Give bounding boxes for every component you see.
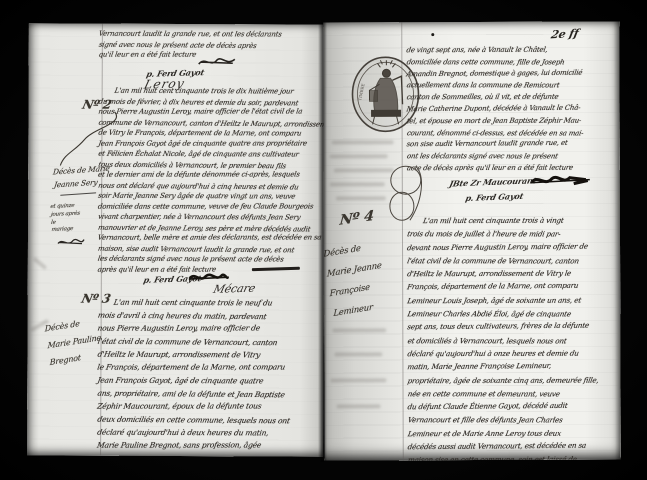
handwritten-line: le François, département de la Marne, on…	[96, 360, 324, 373]
handwritten-line: propriétaire, âgée de soixante cinq ans,…	[407, 373, 621, 387]
act3-signature-adjoint: p. Ferd Gayot	[465, 191, 525, 203]
handwritten-line: domiciliée dans cette commune, veuve de …	[97, 201, 325, 212]
bleedthrough-mark	[330, 154, 388, 158]
handwritten-line: ont les déclarants signé avec nous le pr…	[406, 151, 620, 163]
bleedthrough-mark	[330, 378, 386, 382]
handwritten-line: vivant charpentier, née à Vernancourt de…	[97, 212, 325, 223]
handwritten-line: de Vitry le François, département de la …	[97, 128, 324, 139]
handwritten-line: tel, et épouse en mort de Jean Baptiste …	[406, 115, 620, 128]
handwritten-line: l'état civil de la commune de Vernancour…	[406, 254, 620, 267]
bleedthrough-mark	[332, 328, 386, 332]
handwritten-line: Jean François Gayot, âgé de cinquante qu…	[96, 374, 324, 388]
bleedthrough-mark	[336, 196, 386, 200]
bleedthrough-mark	[334, 352, 382, 356]
handwritten-line: Zéphir Maucourant, époux de la défunte t…	[96, 399, 324, 412]
bleedthrough-mark	[332, 140, 394, 144]
right-page: 2e ff TIMBRE	[323, 21, 621, 460]
page-gutter-shadow	[318, 20, 327, 462]
act4-body: L'an mil huit cent cinquante trois à vin…	[406, 213, 619, 460]
folio-annotation: 2e ff	[550, 27, 580, 41]
handwritten-line: du défunt Claude Étienne Gayot, décédé a…	[407, 399, 621, 414]
crossed-out-scribble	[530, 174, 592, 188]
left-page: Vernancourt laudit la grande rue, et ont…	[27, 23, 325, 456]
handwritten-line: et le dernier ami de la défunte dénommée…	[97, 169, 325, 180]
act3-body: L'an mil huit cent cinquante trois le ne…	[96, 296, 323, 453]
act4-number: Nº 4	[339, 208, 374, 229]
act2-body: L'an mil huit cent cinquante trois le di…	[97, 86, 324, 276]
handwritten-line: Jean François Gayot âgé de cinquante qua…	[97, 138, 325, 149]
handwritten-line: décédés aussi audit Vernancourt, est déc…	[407, 438, 621, 453]
handwritten-line: devant nous Pierre Augustin Leroy, maire…	[406, 239, 620, 254]
handwritten-line: François, département de la Marne, ont c…	[406, 279, 620, 294]
act4-margin-title: Décès deMarie JeanneFrançoiseLemineur	[323, 233, 410, 324]
handwritten-line: Amandin Bregnot, domestique à gages, lui…	[405, 67, 619, 81]
handwritten-line: nous Pierre Augustin Leroy, maire offici…	[97, 321, 325, 334]
handwritten-line: les déclarants signé avec nous le présen…	[97, 254, 325, 265]
register-scan: Vernancourt laudit la grande rue, et ont…	[0, 0, 647, 480]
margin-note-paraphe	[56, 235, 86, 249]
bleedthrough-mark	[32, 257, 47, 270]
handwritten-line: soir Marie Jeanne Sery âgée de quatre vi…	[97, 191, 325, 202]
handwritten-line: matin, Marie Jeanne Françoise Lemineur,	[406, 359, 620, 374]
handwritten-line: sept ans, tous deux cultivateurs, frères…	[406, 319, 620, 334]
bleedthrough-mark	[330, 182, 385, 186]
handwritten-line: Marie Catherine Dupont, décédée à Vanaul…	[406, 102, 620, 116]
handwritten-line: maison sise en cette commune, soin est l…	[407, 453, 621, 461]
act3-signature-witness: JBte Zr Maucourant	[448, 175, 537, 188]
bleedthrough-mark	[337, 404, 381, 408]
handwritten-line: L'an mil huit cent cinquante trois à vin…	[406, 213, 620, 227]
handwritten-line: et Félicien Échalat Nicole, âgé de cinqu…	[97, 149, 325, 160]
handwritten-line: Vernancourt, belle mère et amie des décl…	[97, 232, 325, 243]
handwritten-line: Vernancourt et fille des défunts Jean Ch…	[407, 414, 621, 427]
handwritten-line: nous Pierre Augustin Leroy, maire offici…	[98, 106, 325, 117]
handwritten-line: Marie Pauline Bregnot, sans profession, …	[96, 438, 324, 451]
handwritten-line: L'an mil huit cent cinquante trois le ne…	[97, 296, 325, 310]
handwritten-line: et domiciliés à Vernancourt, lesquels no…	[406, 334, 620, 347]
handwritten-line: Lemineur Louis Joseph, âgé de soixante u…	[406, 293, 620, 307]
act3-continuation-body: de vingt sept ans, née à Vanault le Chât…	[405, 44, 617, 175]
ink-speck	[431, 33, 434, 36]
handwritten-line: Vernancourt laudit la grande rue, et ont…	[98, 29, 325, 40]
margin-underline	[60, 192, 96, 195]
handwritten-line: de vingt sept ans, née à Vanault le Chât…	[405, 44, 619, 57]
act2-signature-witness: Mécare	[212, 282, 257, 296]
handwritten-line: son sise audit Vernancourt laudit grande…	[406, 138, 620, 152]
handwritten-line: L'an mil huit cent cinquante trois le di…	[98, 86, 325, 97]
